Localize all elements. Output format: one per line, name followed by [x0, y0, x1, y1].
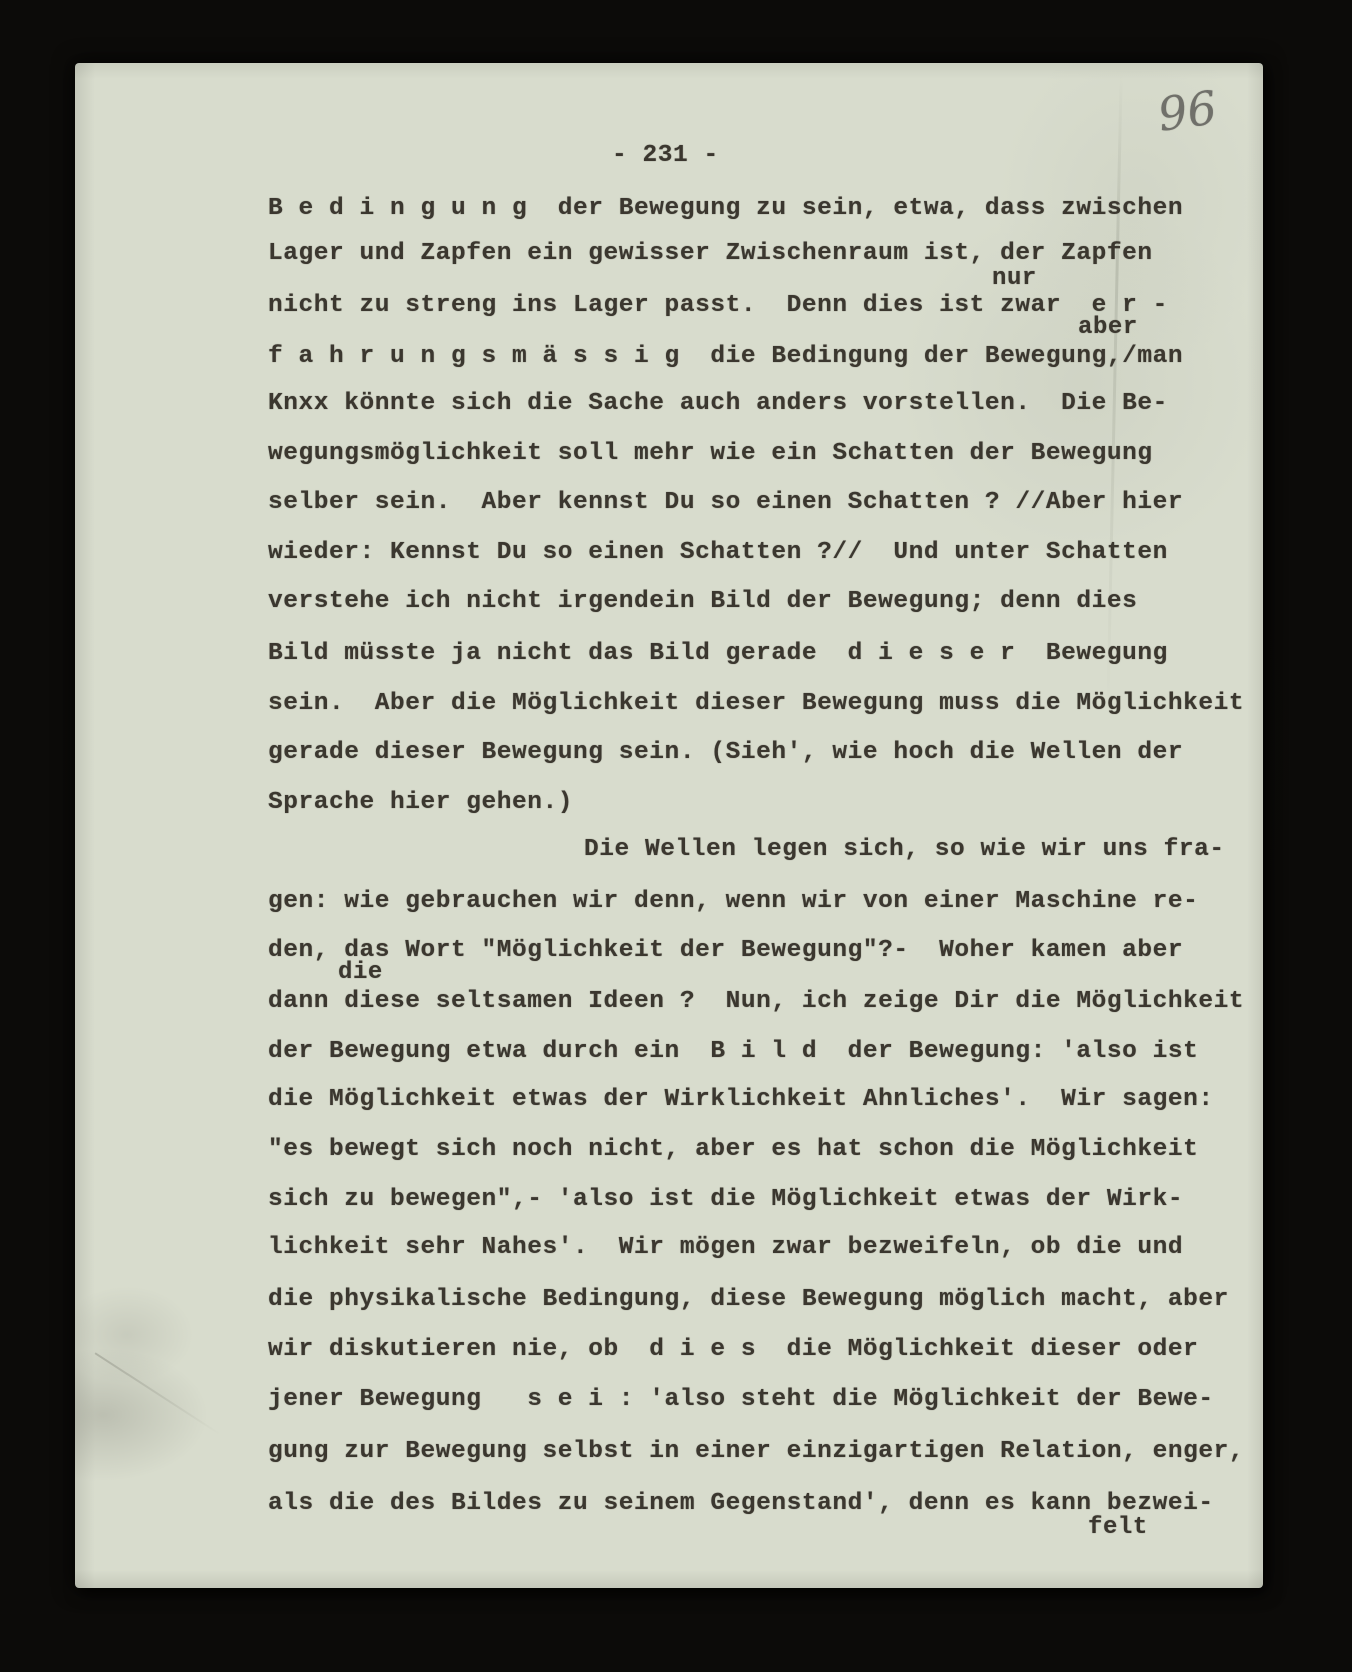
typescript-line: lichkeit sehr Nahes'. Wir mögen zwar bez… — [268, 1233, 1183, 1263]
typescript-line: selber sein. Aber kennst Du so einen Sch… — [268, 488, 1183, 518]
interline-insertion: aber — [1078, 313, 1138, 343]
typescript-line: als die des Bildes zu seinem Gegenstand'… — [268, 1489, 1214, 1519]
interline-insertion: nur — [992, 264, 1037, 294]
typescript-line: "es bewegt sich noch nicht, aber es hat … — [268, 1135, 1198, 1165]
typescript-line: Bild müsste ja nicht das Bild gerade d i… — [268, 639, 1168, 669]
typescript-line: sein. Aber die Möglichkeit dieser Bewegu… — [268, 689, 1244, 719]
typescript-line: Die Wellen legen sich, so wie wir uns fr… — [584, 835, 1225, 865]
typescript-line: den, das Wort "Möglichkeit der Bewegung"… — [268, 936, 1183, 966]
typescript-line: wegungsmöglichkeit soll mehr wie ein Sch… — [268, 439, 1153, 469]
typescript-line: wieder: Kennst Du so einen Schatten ?// … — [268, 538, 1168, 568]
typescript-text-layer: B e d i n g u n g der Bewegung zu sein, … — [0, 0, 1352, 1672]
typescript-line: B e d i n g u n g der Bewegung zu sein, … — [268, 194, 1183, 224]
typescript-line: der Bewegung etwa durch ein B i l d der … — [268, 1037, 1198, 1067]
interline-insertion: felt — [1088, 1513, 1148, 1543]
typescript-line: gerade dieser Bewegung sein. (Sieh', wie… — [268, 738, 1183, 768]
typescript-line: sich zu bewegen",- 'also ist die Möglich… — [268, 1185, 1183, 1215]
typescript-line: wir diskutieren nie, ob d i e s die Mögl… — [268, 1335, 1198, 1365]
typescript-line: Sprache hier gehen.) — [268, 788, 573, 818]
typescript-line: dann diese seltsamen Ideen ? Nun, ich ze… — [268, 987, 1244, 1017]
typescript-line: die physikalische Bedingung, diese Beweg… — [268, 1285, 1229, 1315]
typescript-line: gen: wie gebrauchen wir denn, wenn wir v… — [268, 887, 1198, 917]
typescript-line: gung zur Bewegung selbst in einer einzig… — [268, 1437, 1244, 1467]
typescript-line: f a h r u n g s m ä s s i g die Bedingun… — [268, 342, 1183, 372]
typescript-line: verstehe ich nicht irgendein Bild der Be… — [268, 587, 1137, 617]
scanned-document-page: - 231 - 96 B e d i n g u n g der Bewegun… — [0, 0, 1352, 1672]
typescript-line: nicht zu streng ins Lager passt. Denn di… — [268, 291, 1168, 321]
typescript-line: die Möglichkeit etwas der Wirklichkeit A… — [268, 1085, 1214, 1115]
interline-insertion: die — [338, 958, 383, 988]
typescript-line: jener Bewegung s e i : 'also steht die M… — [268, 1385, 1214, 1415]
typescript-line: Knxx könnte sich die Sache auch anders v… — [268, 389, 1168, 419]
